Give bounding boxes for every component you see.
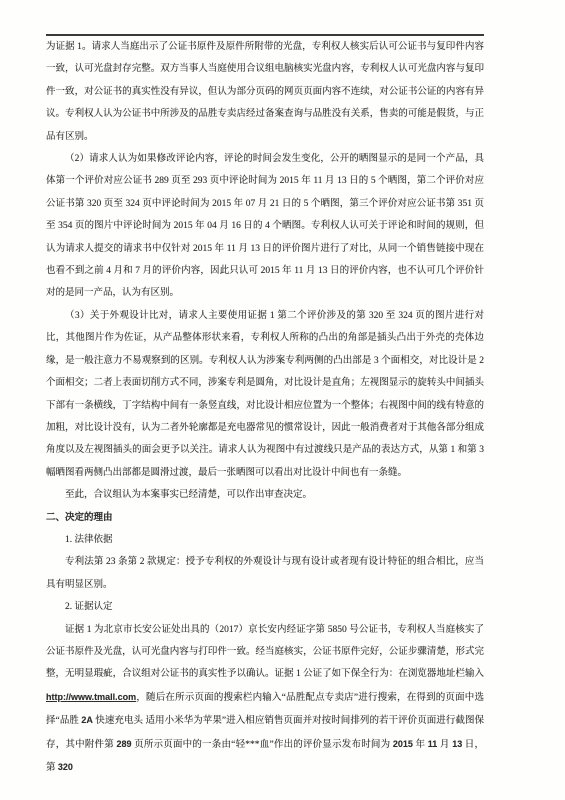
text-run: 2. 证据认定 — [65, 602, 113, 612]
text-run: 289 — [117, 739, 132, 749]
text-run: 证据 1 为北京市长安公证处出具的（2017）京长安内经证字第 5850 号公证… — [46, 625, 484, 680]
text-run: 至此，合议组认为本案事实已经清楚，可以作出审查决定。 — [65, 490, 312, 500]
text-run: 320 — [58, 762, 73, 772]
heading-section-2-reasons: 二、决定的理由 — [46, 507, 484, 529]
heading-evidence-determination: 2. 证据认定 — [46, 596, 484, 618]
para-conclusion: 至此，合议组认为本案事实已经清楚，可以作出审查决定。 — [46, 484, 484, 506]
text-run: 年 — [413, 740, 428, 750]
para-evidence-verification: 为证据 1。请求人当庭出示了公证书原件及原件所附带的光盘，专利权人核实后认可公证… — [46, 36, 484, 148]
text-run: 1. 法律依据 — [65, 535, 113, 545]
text-run: 页所示页面中的一条由“轻***血”作出的评价显示发布时间为 — [132, 740, 393, 750]
para-evidence-1-notarization: 证据 1 为北京市长安公证处出具的（2017）京长安内经证字第 5850 号公证… — [46, 619, 484, 780]
text-run: 2015 — [393, 739, 413, 749]
document-body: 为证据 1。请求人当庭出示了公证书原件及原件所附带的光盘，专利权人核实后认可公证… — [46, 36, 484, 779]
text-run: 为证据 1。请求人当庭出示了公证书原件及原件所附带的光盘，专利权人核实后认可公证… — [46, 42, 484, 142]
para-point-2: （2）请求人认为如果修改评论内容，评论的时间会发生变化，公开的晒图显示的是同一个… — [46, 148, 484, 305]
text-run: 月 — [437, 740, 452, 750]
tmall-url-text: http://www.tmall.com — [46, 692, 136, 702]
text-run: 专利法第 23 条第 2 款规定：授予专利权的外观设计与现有设计或者现有设计特征… — [46, 557, 484, 589]
text-run: （3）关于外观设计比对，请求人主要使用证据 1 第二个评价涉及的第 320 至 … — [46, 311, 484, 478]
text-run: 二、决定的理由 — [46, 513, 113, 523]
document-page: 为证据 1。请求人当庭出示了公证书原件及原件所附带的光盘，专利权人核实后认可公证… — [0, 0, 565, 800]
para-point-3: （3）关于外观设计比对，请求人主要使用证据 1 第二个评价涉及的第 320 至 … — [46, 305, 484, 484]
para-law-article-23: 专利法第 23 条第 2 款规定：授予专利权的外观设计与现有设计或者现有设计特征… — [46, 551, 484, 596]
text-run: 13 — [452, 739, 462, 749]
heading-legal-basis: 1. 法律依据 — [46, 529, 484, 551]
text-run: （2）请求人认为如果修改评论内容，评论的时间会发生变化，公开的晒图显示的是同一个… — [46, 154, 484, 298]
text-run: 11 — [428, 739, 438, 749]
text-run: 2A — [81, 715, 93, 725]
